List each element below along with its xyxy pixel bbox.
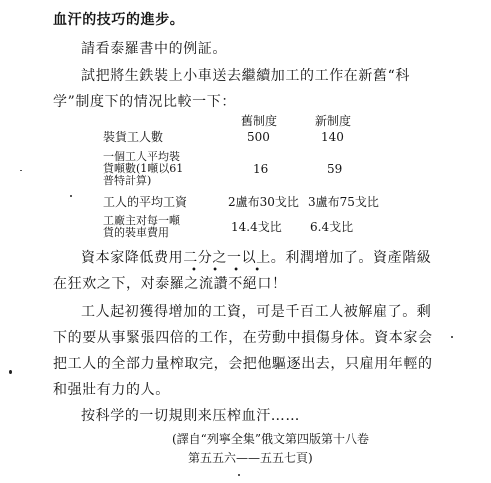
paragraph-line: 下的要从事緊張四倍的工作，在劳動中損傷身体。資本家会: [53, 330, 433, 346]
table-header-old: 舊制度: [241, 115, 277, 128]
paragraph-line: 血汗的技巧的進步。: [53, 12, 184, 28]
old-value: 500: [247, 131, 270, 144]
emphasis-dots: • • • •: [191, 267, 266, 275]
paragraph-line: 請看泰羅書中的例証。: [81, 41, 227, 57]
row-label: 工人的平均工資: [103, 196, 187, 209]
scan-speck: [70, 195, 72, 197]
old-value: 16: [253, 163, 268, 176]
row-label: 裝貨工人數: [103, 131, 163, 144]
paragraph-line: 工人起初獲得增加的工資，可是千百工人被解雇了。剩: [81, 304, 431, 320]
paragraph-line: 学”制度下的情况比較一下：: [53, 94, 236, 110]
paragraph-line: 資本家降低费用二分之一以上。利潤增加了。資產階級: [81, 250, 431, 266]
scan-speck: [9, 370, 12, 374]
citation-line: (譯自“列寧全集”俄文第四版第十八卷: [172, 433, 369, 446]
scan-speck: [238, 474, 240, 476]
paragraph-line: 在狂欢之下，对泰羅之流讚不絕口！: [53, 276, 287, 292]
old-value: 14.4戈比: [231, 221, 282, 234]
scan-speck: [451, 336, 453, 338]
paragraph-line: 和强壯有力的人。: [53, 382, 170, 398]
paragraph-line: 按科学的一切規則来压榨血汗……: [81, 408, 300, 424]
citation-line: 第五五六——五五七頁): [188, 452, 313, 465]
row-label: 貨的裝車費用: [103, 227, 169, 239]
paragraph-line: 把工人的全部力量榨取完，会把他驅逐出去，只雇用年輕的: [53, 356, 433, 372]
new-value: 140: [321, 131, 344, 144]
scan-speck: [20, 170, 22, 171]
row-label: 普特計算): [103, 175, 151, 187]
new-value: 6.4戈比: [310, 221, 353, 234]
table-header-new: 新制度: [315, 115, 351, 128]
new-value: 59: [327, 163, 342, 176]
new-value: 3盧布75戈比: [308, 196, 379, 209]
paragraph-line: 試把將生鉄裝上小車送去繼續加工的工作在新舊“科: [81, 68, 410, 84]
old-value: 2盧布30戈比: [228, 196, 299, 209]
